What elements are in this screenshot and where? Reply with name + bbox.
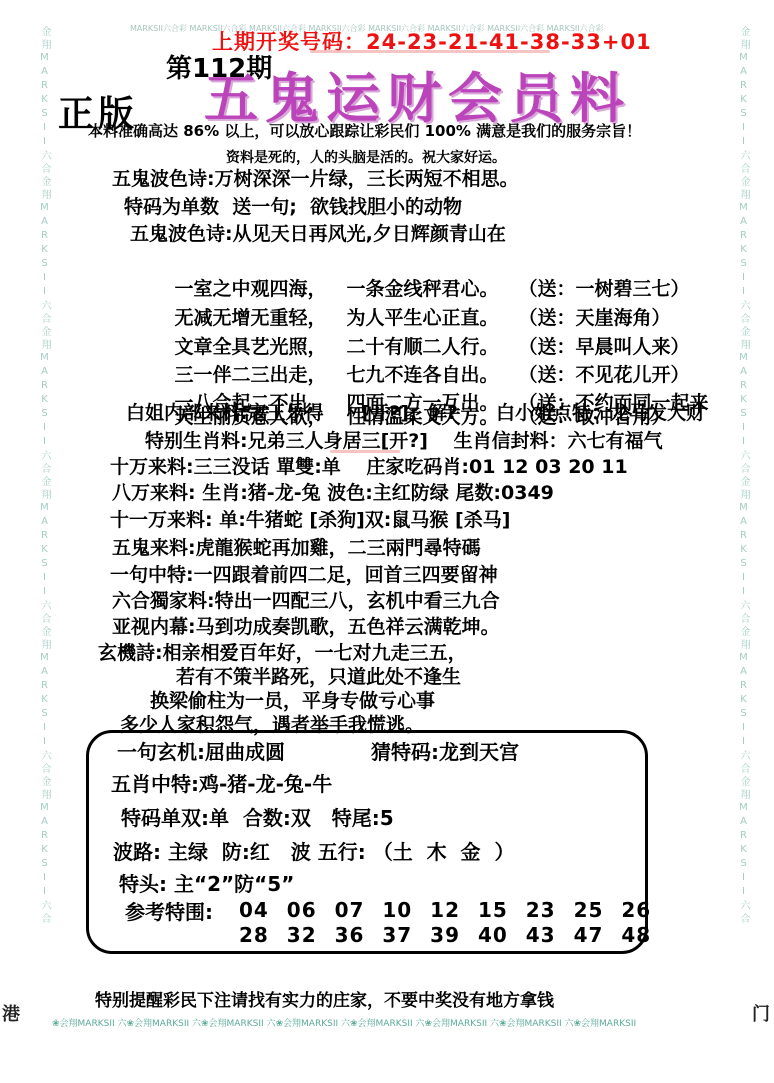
range-label: 参考特围: xyxy=(125,901,213,923)
material-line-80k: 八万来料: 生肖:猪-龙-兔 波色:主红防绿 尾数:0349 xyxy=(112,482,554,504)
bose-poem-2: 五鬼波色诗:从见天日再风光,夕日辉颜青山在 xyxy=(130,223,506,245)
lottery-flyer-page: MARKSII六合彩 MARKSII六合彩 MARKSII六合彩 MARKSII… xyxy=(0,0,774,1083)
corner-glyph-left: 港 xyxy=(2,1000,20,1026)
motto-line: 资料是死的，人的头脑是活的。祝大家好运。 xyxy=(226,147,506,167)
danshuang-line: 特码单双:单 合数:双 特尾:5 xyxy=(121,807,394,829)
tetou-line: 特头: 主“2”防“5” xyxy=(119,873,294,895)
right-watermark: 金翔MARKSII六合金翔MARKSII六合金翔MARKSII六合金翔MARKS… xyxy=(735,26,751,1026)
bolu-line: 波路: 主绿 防:红 波 五行: （土 木 金 ） xyxy=(113,841,514,863)
mystery-poem-line: 若有不策半路死，只道此处不逢生 xyxy=(176,666,461,688)
material-line-110k: 十一万来料: 单:牛猪蛇 [杀狗]双:鼠马猴 [杀马] xyxy=(110,509,510,531)
accuracy-slogan: 本料准确高达 86% 以上，可以放心跟踪让彩民们 100% 满意是我们的服务宗旨… xyxy=(88,120,641,141)
range-row-1: 04 06 07 10 12 15 23 25 26 xyxy=(239,899,651,921)
guess-tema: 猜特码:龙到天宫 xyxy=(371,741,519,763)
corner-glyph-right: 门 xyxy=(752,1000,770,1026)
material-line-baijie: 白姐内部来料:寇王乐得 [开?]。解? 白小姐点特：龙马发大财 xyxy=(126,402,705,424)
bose-poem-1: 五鬼波色诗:万树深深一片绿，三长两短不相思。 xyxy=(112,168,519,190)
mystery-poem-line: 换梁偷柱为一员，平身专做亏心事 xyxy=(150,690,435,712)
material-line-yashi: 亚视内幕:马到功成奏凯歌，五色祥云满乾坤。 xyxy=(112,616,500,638)
xuanji-line: 一句玄机:屈曲成圆 xyxy=(117,741,285,763)
bottom-watermark: ❀会翔MARKSII 六❀会翔MARKSII 六❀会翔MARKSII 六❀会翔M… xyxy=(52,1016,728,1030)
five-xiao-line: 五肖中特:鸡-猪-龙-兔-牛 xyxy=(111,773,332,795)
material-line-yiju: 一句中特:一四跟着前四二足，回首三四要留神 xyxy=(110,564,498,586)
material-line-liuhe: 六合獨家料:特出一四配三八，玄机中看三九合 xyxy=(112,590,500,612)
material-line-wugui: 五鬼来料:虎龍猴蛇再加雞，二三兩門尋特碼 xyxy=(112,537,481,559)
mystery-poem-line: 玄機詩:相亲相爱百年好，一七对九走三五， xyxy=(98,642,467,664)
material-line-100k: 十万来料:三三没话 單雙:单 庄家吃码肖:01 12 03 20 11 xyxy=(110,456,628,478)
footer-reminder: 特别提醒彩民下注请找有实力的庄家，不要中奖没有地方拿钱 xyxy=(95,986,554,1011)
prediction-box: 一句玄机:屈曲成圆 猜特码:龙到天宫 五肖中特:鸡-猪-龙-兔-牛 特码单双:单… xyxy=(86,730,648,954)
left-watermark: 金翔MARKSII六合金翔MARKSII六合金翔MARKSII六合金翔MARKS… xyxy=(36,26,52,1026)
material-line-shengxiao: 特别生肖料:兄弟三人身居三[开?] 生肖信封料：六七有福气 xyxy=(145,430,663,452)
dancode-tip: 特码为单数 送一句; 欲钱找胆小的动物 xyxy=(124,196,462,218)
range-row-2: 28 32 36 37 39 40 43 47 48 xyxy=(239,924,651,946)
red-underline-mark xyxy=(310,50,550,53)
